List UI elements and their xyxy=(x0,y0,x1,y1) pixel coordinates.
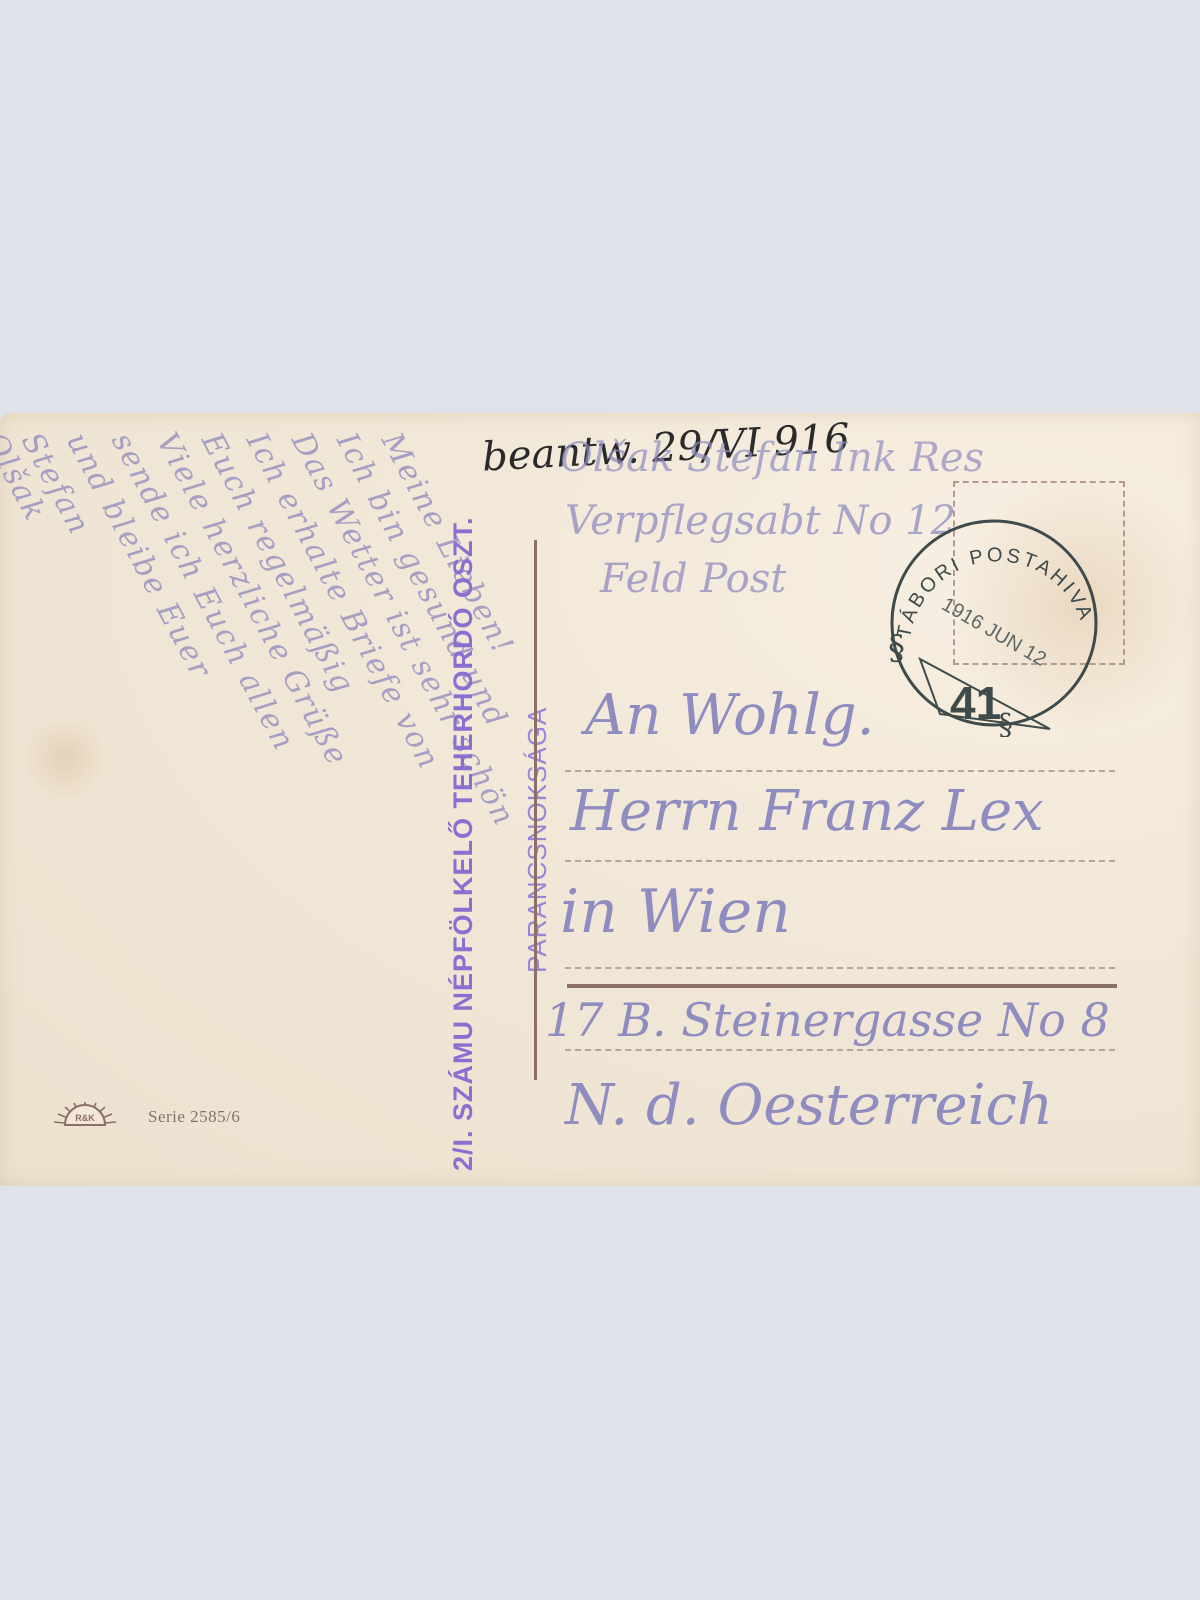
address-line xyxy=(565,967,1115,969)
logo-text: R&K xyxy=(75,1113,95,1123)
address-street: 17 B. Steinergasse No 8 xyxy=(545,993,1110,1047)
military-stamp-line2: PARANCSNOKSÁGA xyxy=(522,707,553,973)
address-line xyxy=(565,860,1115,862)
address-name: Herrn Franz Lex xyxy=(570,779,1044,844)
sender-line: Olšak Stefan Ink Res xyxy=(560,435,984,481)
postcard: Meine Lieben! Ich bin gesund und Das Wet… xyxy=(0,413,1200,1186)
address-salutation: An Wohlg. xyxy=(585,683,874,748)
address-country: N. d. Oesterreich xyxy=(565,1073,1053,1138)
svg-text:§: § xyxy=(888,628,905,668)
address-city: in Wien xyxy=(560,877,791,947)
age-stain xyxy=(20,713,110,803)
address-line xyxy=(565,770,1115,772)
sender-line: Feld Post xyxy=(600,556,786,602)
card-divider xyxy=(534,540,537,1080)
military-stamp-line1: 2/I. SZÁMU NÉPFÖLKELŐ TEHERHORDÓ OSZT. xyxy=(448,516,479,1171)
sun-rays-logo-icon: R&K xyxy=(52,1101,118,1127)
address-underline xyxy=(567,984,1117,988)
series-number: Serie 2585/6 xyxy=(148,1107,240,1127)
address-line xyxy=(565,1049,1115,1051)
postmark-icon: TÁBORI POSTAHIVATAL 1916 JUN 12 41 § § xyxy=(880,509,1108,737)
postmark-number: 41 xyxy=(950,677,1001,729)
publisher-mark: R&K Serie 2585/6 xyxy=(52,1101,240,1127)
postmark-date: 1916 JUN 12 xyxy=(938,593,1050,670)
svg-text:§: § xyxy=(998,708,1013,737)
